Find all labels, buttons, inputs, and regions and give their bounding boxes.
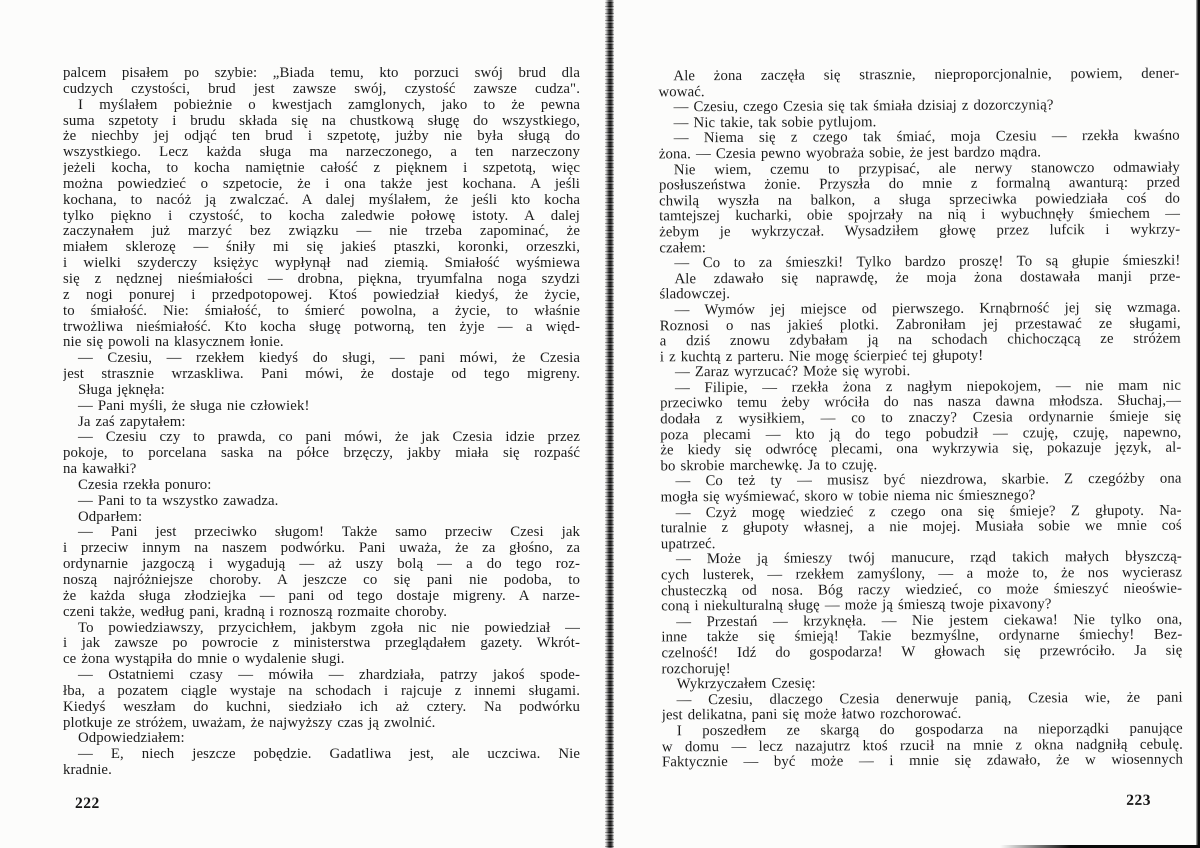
text-line: pokoje, to porcelana saska na półce brzę… — [63, 446, 580, 462]
text-line: Odpowiedziałem: — [63, 731, 580, 747]
text-line: ordynarnie jazgoczą i wygadują — aż uszy… — [63, 557, 580, 573]
page-text-column: Ale żona zaczęła się strasznie, niepropo… — [658, 67, 1183, 771]
text-line: Ale żona zaczęła się strasznie, niepropo… — [658, 67, 1179, 85]
text-line: czelność! Idź do gospodarza! W głowach s… — [661, 644, 1182, 662]
text-line: i wielki szyderczy księżyc wypłynął nad … — [63, 256, 580, 272]
text-line: ce żona wystąpiła do mnie o wydalenie sł… — [63, 652, 580, 668]
text-line: — Pani jest przeciwko sługom! Także samo… — [63, 525, 580, 541]
text-line: suma szpetoty i brudu składa się na chus… — [63, 114, 580, 130]
text-line: Odparłem: — [63, 510, 580, 526]
book-gutter-shadow — [605, 0, 614, 848]
text-line: tylko piękno i czystość, to kocha zaledw… — [63, 209, 580, 225]
text-line: że każda sługa złodziejka — pani od tego… — [63, 589, 580, 605]
text-line: — Ostatniemi czasy — mówiła — zhardziała… — [63, 668, 580, 684]
text-line: Czesia rzekła ponuro: — [63, 478, 580, 494]
text-line: — E, niech jeszcze pobędzie. Gadatliwa j… — [63, 747, 580, 763]
text-line: — Czesiu, dlaczego Czesia denerwuje pani… — [662, 690, 1183, 708]
page-text-column: palcem pisałem po szybie: „Biada temu, k… — [63, 66, 580, 779]
text-line: turalnie z głupoty własnej, a nie mojej.… — [661, 519, 1182, 537]
text-line: kochana, to nacóż ją zwalczać. A dalej m… — [63, 193, 580, 209]
text-line: plotkuje ze stróżem, uważam, że najwyższ… — [63, 716, 580, 732]
text-line: kradnie. — [63, 763, 580, 779]
text-line: To powiedziawszy, przycichłem, jakbym zg… — [63, 621, 580, 637]
text-line: Faktycznie — być może — i mnie się zdawa… — [662, 753, 1183, 771]
text-line: Ale zdawało się naprawdę, że moja żona d… — [659, 269, 1180, 287]
text-line: że niechby jej odjąć ten brud i szpetotę… — [63, 129, 580, 145]
text-line: I myślałem pobieżnie o kwestjach zamglon… — [63, 98, 580, 114]
text-line: — Pani myśli, że sługa nie człowiek! — [63, 399, 580, 415]
text-line: na kawałki? — [63, 462, 580, 478]
text-line: zaczynałem już marzyć bez związku — nie … — [63, 224, 580, 240]
text-line: i przeciw innym na naszem podwórku. Pani… — [63, 541, 580, 557]
text-line: noszą najróżniejsze choroby. A jeszcze c… — [63, 573, 580, 589]
text-line: palcem pisałem po szybie: „Biada temu, k… — [63, 66, 580, 82]
text-line: czeni także, według pani, kradną i rozno… — [63, 605, 580, 621]
text-line: cudzych czystości, brud jest zawsze swój… — [63, 82, 580, 98]
text-line: chusteczką od nosa. Bóg raczy wiedzieć, … — [661, 581, 1182, 599]
text-line: — Niema się z czego tak śmiać, moja Czes… — [659, 129, 1180, 147]
book-page-right: Ale żona zaczęła się strasznie, niepropo… — [658, 0, 1179, 1]
text-line: łba, a pozatem ciągle wystaje na schodac… — [63, 684, 580, 700]
text-line: że kiedy się odwrócę plecami, ona wykrzy… — [660, 441, 1181, 459]
text-line: z nogi ponurej i przedpotopowej. Ktoś po… — [63, 288, 580, 304]
text-line: żebym je wykrzyczał. Wysadziłem głowę pr… — [659, 223, 1180, 241]
text-line: Sługa jęknęła: — [63, 383, 580, 399]
text-line: Ja zaś zapytałem: — [63, 415, 580, 431]
text-line: — Pani to ta wszystko zawadza. — [63, 494, 580, 510]
page-number: 223 — [1126, 792, 1151, 810]
text-line: nie się powoli na klasycznem łonie. — [63, 335, 580, 351]
scanned-book-spread: palcem pisałem po szybie: „Biada temu, k… — [0, 0, 1200, 848]
text-line: można powiedzieć o szpetocie, że i ona t… — [63, 177, 580, 193]
text-line: jest strasznie wrzaskliwa. Pani mówi, że… — [63, 367, 580, 383]
text-line: — Co też ty — musisz być niezdrowa, skar… — [660, 472, 1181, 490]
text-line: trwożliwa nieśmiałość. Kto kocha sługę p… — [63, 320, 580, 336]
text-line: wszystkiego. Lecz każda sługa ma narzecz… — [63, 145, 580, 161]
text-line: miałem sklerozę — śniły mi się jakieś pt… — [63, 240, 580, 256]
text-line: jeżeli kocha, to kocha namiętnie całość … — [63, 161, 580, 177]
text-line: się z nędznej nieśmiałości — drobna, pię… — [63, 272, 580, 288]
text-line: a dziś znowu zdybałam ją na schodach chi… — [660, 332, 1181, 350]
page-number: 222 — [75, 795, 100, 813]
text-line: Kiedyś weszłam do kuchni, siedziało ich … — [63, 700, 580, 716]
text-line: i jak zawsze po powrocie z ministerstwa … — [63, 636, 580, 652]
text-line: to śmiałość. Nie: śmiałość, to śmierć po… — [63, 304, 580, 320]
scan-edge-right — [1196, 0, 1200, 848]
text-line: — Czesiu czy to prawda, co pani mówi, że… — [63, 430, 580, 446]
text-line: — Czesiu, — rzekłem kiedyś do sługi, — p… — [63, 351, 580, 367]
